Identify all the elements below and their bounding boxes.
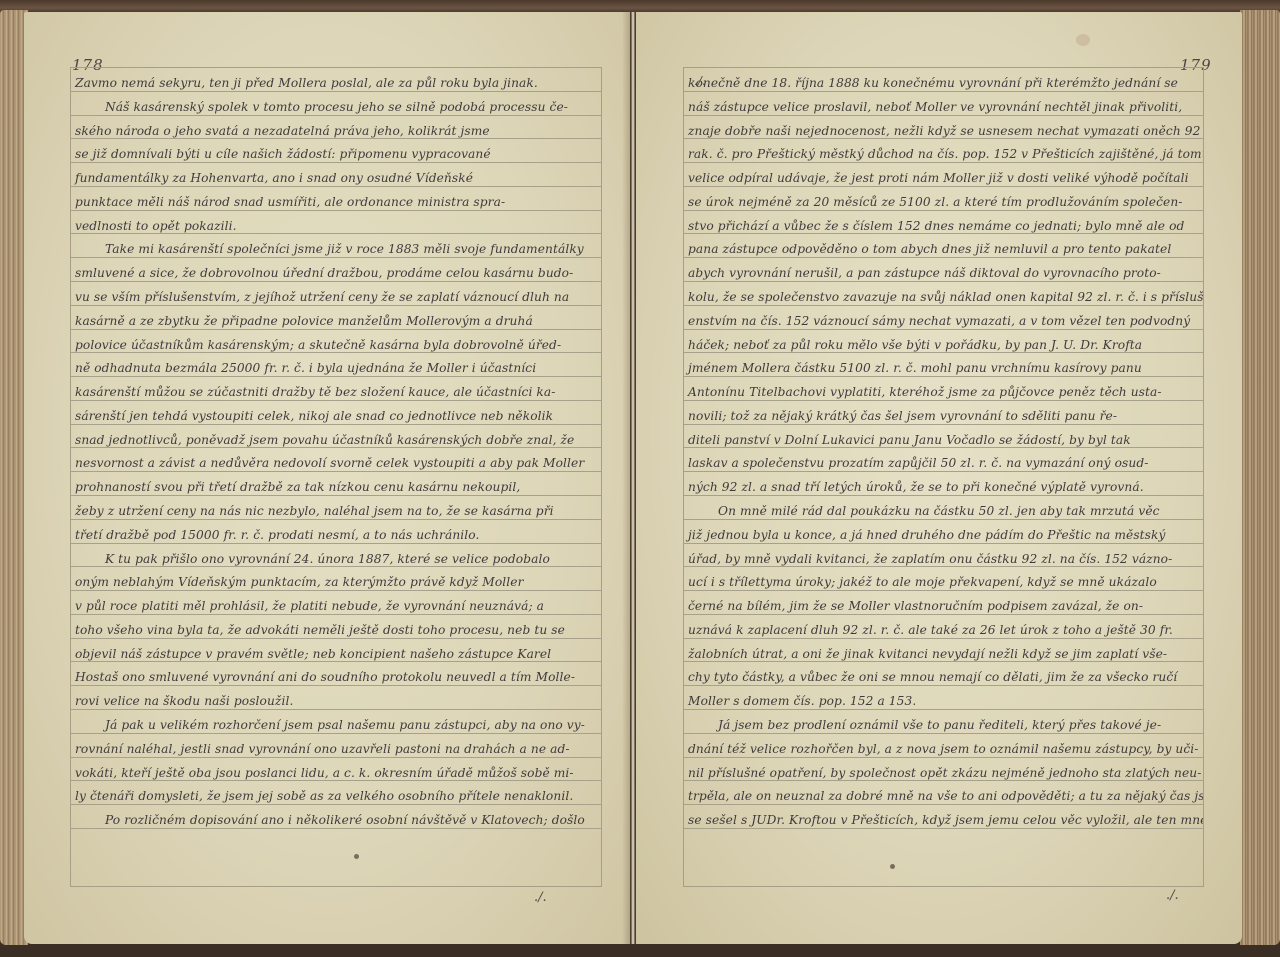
handwritten-line: Take mi kasárenští společníci jsme již v… bbox=[71, 234, 601, 258]
handwritten-line: vu se vším příslušenstvím, z jejíhož utr… bbox=[71, 282, 601, 306]
page-stack-right-edge bbox=[1240, 10, 1280, 945]
handwritten-line: rovi velice na škodu naši posloužil. bbox=[71, 686, 601, 710]
handwritten-line: velice odpíral udávaje, že jest proti ná… bbox=[684, 163, 1203, 187]
open-book: 178 Zavmo nemá sekyru, ten ji před Molle… bbox=[0, 0, 1280, 957]
handwritten-line: On mně milé rád dal poukázku na částku 5… bbox=[684, 496, 1203, 520]
handwritten-line: chy tyto částky, a vůbec že oni se mnou … bbox=[684, 662, 1203, 686]
handwritten-line: konečně dne 18. října 1888 ku konečnému … bbox=[684, 68, 1203, 92]
handwritten-line: sárenští jen tehdá vystoupiti celek, nik… bbox=[71, 401, 601, 425]
handwritten-line: polovice účastníkům kasárenským; a skute… bbox=[71, 330, 601, 354]
paper-stain bbox=[1076, 34, 1090, 46]
handwritten-line: ně odhadnuta bezmála 25000 fr. r. č. i b… bbox=[71, 353, 601, 377]
handwritten-line: háček; neboť za půl roku mělo vše býti v… bbox=[684, 330, 1203, 354]
handwritten-line: dnání též velice rozhořčen byl, a z nova… bbox=[684, 734, 1203, 758]
right-page: 179 ./. konečně dne 18. října 1888 ku ko… bbox=[636, 12, 1242, 944]
handwritten-line: znaje dobře naši nejednocenost, nežli kd… bbox=[684, 116, 1203, 140]
handwritten-line: třetí dražbě pod 15000 fr. r. č. prodati… bbox=[71, 520, 601, 544]
handwritten-line: snad jednotlivců, poněvadž jsem povahu ú… bbox=[71, 425, 601, 449]
handwritten-line: laskav a společenstvu prozatím zapůjčil … bbox=[684, 448, 1203, 472]
handwritten-line: pana zástupce odpověděno o tom abych dne… bbox=[684, 234, 1203, 258]
handwritten-line: ucí i s třílettyma úroky; jakéž to ale m… bbox=[684, 567, 1203, 591]
handwritten-line: kasárenští můžou se zúčastniti dražby tě… bbox=[71, 377, 601, 401]
handwritten-line: ského národa o jeho svatá a nezadatelná … bbox=[71, 116, 601, 140]
continuation-mark: ./. bbox=[1166, 888, 1179, 903]
handwritten-line: oným neblahým Vídeňským punktacím, za kt… bbox=[71, 567, 601, 591]
handwritten-line: objevil náš zástupce v pravém světle; ne… bbox=[71, 639, 601, 663]
handwritten-line: kolu, že se společenstvo zavazuje na svů… bbox=[684, 282, 1203, 306]
handwritten-line: Moller s domem čís. pop. 152 a 153. bbox=[684, 686, 1203, 710]
left-page: 178 Zavmo nemá sekyru, ten ji před Molle… bbox=[24, 12, 630, 944]
ink-dot bbox=[890, 864, 895, 869]
ink-dot bbox=[354, 854, 359, 859]
handwritten-line: se sešel s JUDr. Kroftou v Přešticích, k… bbox=[684, 805, 1203, 829]
handwritten-line: nesvornost a závist a nedůvěra nedovolí … bbox=[71, 448, 601, 472]
handwritten-line: ly čtenáři domysleti, že jsem jej sobě a… bbox=[71, 781, 601, 805]
handwritten-line: rovnání naléhal, jestli snad vyrovnání o… bbox=[71, 734, 601, 758]
handwritten-line: vokáti, kteří ještě oba jsou poslanci li… bbox=[71, 758, 601, 782]
handwritten-line: Antonínu Titelbachovi vyplatiti, kterého… bbox=[684, 377, 1203, 401]
continuation-mark: ./. bbox=[534, 890, 547, 905]
handwritten-line: novili; tož za nějaký krátký čas šel jse… bbox=[684, 401, 1203, 425]
handwritten-line: nil příslušné opatření, by společnost op… bbox=[684, 758, 1203, 782]
handwritten-line: kasárně a ze zbytku že připadne polovice… bbox=[71, 306, 601, 330]
handwritten-line: toho všeho vina byla ta, že advokáti nem… bbox=[71, 615, 601, 639]
handwritten-line: se úrok nejméně za 20 měsíců ze 5100 zl.… bbox=[684, 187, 1203, 211]
handwritten-line: náš zástupce velice proslavil, neboť Mol… bbox=[684, 92, 1203, 116]
handwritten-line: se již domnívali býti u cíle našich žádo… bbox=[71, 139, 601, 163]
ruled-text-frame: Zavmo nemá sekyru, ten ji před Mollera p… bbox=[70, 67, 602, 887]
handwritten-line: K tu pak přišlo ono vyrovnání 24. února … bbox=[71, 544, 601, 568]
handwritten-line: žeby z utržení ceny na nás nic nezbylo, … bbox=[71, 496, 601, 520]
handwritten-line: smluvené a sice, že dobrovolnou úřední d… bbox=[71, 258, 601, 282]
ruled-text-frame: konečně dne 18. října 1888 ku konečnému … bbox=[683, 67, 1204, 887]
handwritten-line: rak. č. pro Přeštický městký důchod na č… bbox=[684, 139, 1203, 163]
handwritten-line: stvo přichází a vůbec že s číslem 152 dn… bbox=[684, 211, 1203, 235]
handwritten-line: již jednou byla u konce, a já hned druhé… bbox=[684, 520, 1203, 544]
handwritten-line: punktace měli náš národ snad usmířiti, a… bbox=[71, 187, 601, 211]
handwritten-line: trpěla, ale on neuznal za dobré mně na v… bbox=[684, 781, 1203, 805]
handwritten-line: ných 92 zl. a snad tří letých úroků, že … bbox=[684, 472, 1203, 496]
handwritten-line: prohnaností svou při třetí dražbě za tak… bbox=[71, 472, 601, 496]
handwritten-line: úřad, by mně vydali kvitanci, že zaplatí… bbox=[684, 544, 1203, 568]
handwritten-line: černé na bílém, jim že se Moller vlastno… bbox=[684, 591, 1203, 615]
handwritten-line: jménem Mollera částku 5100 zl. r. č. moh… bbox=[684, 353, 1203, 377]
handwritten-line: abych vyrovnání nerušil, a pan zástupce … bbox=[684, 258, 1203, 282]
handwritten-line: diteli panství v Dolní Lukavici panu Jan… bbox=[684, 425, 1203, 449]
handwritten-line: Já pak u velikém rozhorčení jsem psal na… bbox=[71, 710, 601, 734]
handwritten-line: fundamentálky za Hohenvarta, ano i snad … bbox=[71, 163, 601, 187]
handwritten-line: uznává k zaplacení dluh 92 zl. r. č. ale… bbox=[684, 615, 1203, 639]
handwritten-line: Hostaš ono smluvené vyrovnání ani do sou… bbox=[71, 662, 601, 686]
handwritten-line: Zavmo nemá sekyru, ten ji před Mollera p… bbox=[71, 68, 601, 92]
handwritten-line: enstvím na čís. 152 váznoucí sámy nechat… bbox=[684, 306, 1203, 330]
handwritten-line: vedlnosti to opět pokazili. bbox=[71, 211, 601, 235]
handwritten-line: Náš kasárenský spolek v tomto procesu je… bbox=[71, 92, 601, 116]
handwritten-line: Po rozličném dopisování ano i několikeré… bbox=[71, 805, 601, 829]
handwritten-line: Já jsem bez prodlení oznámil vše to panu… bbox=[684, 710, 1203, 734]
handwritten-line: v půl roce platiti měl prohlásil, že pla… bbox=[71, 591, 601, 615]
handwritten-line: žalobních útrat, a oni že jinak kvitanci… bbox=[684, 639, 1203, 663]
